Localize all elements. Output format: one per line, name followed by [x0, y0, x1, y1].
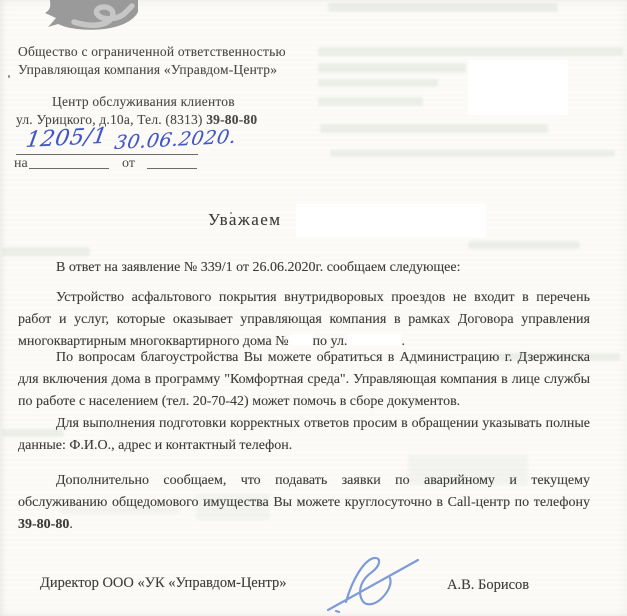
- paragraph4-line3-period: .: [69, 517, 73, 532]
- paragraph1-line2: работ и услуг, которые оказывает управля…: [18, 309, 590, 331]
- client-center-line: Центр обслуживания клиентов: [52, 93, 235, 110]
- callcenter-phone-number: 39-80-80: [18, 517, 69, 532]
- paragraph4-line3: 39-80-80.: [18, 514, 590, 536]
- address-phone-line: ул. Урицкого, д.10а, Тел. (8313) 39-80-8…: [16, 111, 257, 128]
- ref-ot-blank: [147, 154, 197, 169]
- director-title: Директор ООО «УК «Управдом-Центр»: [40, 575, 287, 592]
- outgoing-number-blank: [16, 140, 110, 155]
- ref-ot-label: от: [122, 156, 135, 172]
- bleedthrough-artifact: [2, 247, 90, 256]
- bleedthrough-artifact: [318, 97, 423, 106]
- paragraph2-line1: По вопросам благоустройства Вы можете об…: [18, 347, 590, 369]
- salutation: Уважаем: [208, 210, 282, 230]
- paragraph2-line3: по работе с населением (тел. 20-70-42) м…: [18, 391, 590, 413]
- org-type-line: Общество с ограниченной ответственностью: [18, 43, 286, 60]
- ref-na-label: на: [14, 156, 28, 172]
- scan-speck: [8, 75, 10, 78]
- paragraph3-line1: Для выполнения подготовки корректных отв…: [18, 413, 590, 435]
- bleedthrough-artifact: [320, 124, 548, 133]
- ref-na-blank: [29, 154, 109, 169]
- bleedthrough-artifact: [318, 47, 623, 56]
- director-name: А.В. Борисов: [447, 577, 529, 594]
- address-text: ул. Урицкого, д.10а, Тел. (8313): [16, 112, 206, 127]
- phone-number: 39-80-80: [206, 112, 257, 127]
- outgoing-date-blank: [110, 140, 198, 155]
- bleedthrough-artifact: [328, 3, 558, 12]
- bleedthrough-artifact: [318, 63, 466, 73]
- whiteout-patch: [468, 60, 568, 115]
- scanned-letter-page: Общество с ограниченной ответственностью…: [0, 0, 627, 616]
- paragraph2-line2: для включения дома в программу "Комфортн…: [18, 369, 590, 391]
- paragraph1-line1: Устройство асфальтового покрытия внутрид…: [18, 287, 590, 309]
- paragraph3-line2: данные: Ф.И.О., адрес и контактный телеф…: [18, 435, 590, 457]
- bleedthrough-artifact: [468, 241, 580, 249]
- intro-line: В ответ на заявление № 339/1 от 26.06.20…: [18, 257, 590, 279]
- handwritten-signature: [312, 550, 442, 616]
- company-logo-icon: [44, 0, 139, 32]
- redacted-recipient-name: [296, 204, 486, 237]
- redacted-house-number: [289, 334, 313, 345]
- redacted-street-name: [347, 334, 401, 345]
- bleedthrough-artifact: [318, 79, 438, 87]
- org-name-line: Управляющая компания «Управдом-Центр»: [18, 61, 277, 78]
- paragraph4-line2: обслуживанию общедомового имущества Вы м…: [18, 492, 590, 514]
- bleedthrough-artifact: [330, 150, 615, 157]
- paragraph4-line1: Дополнительно сообщаем, что подавать зая…: [18, 470, 590, 492]
